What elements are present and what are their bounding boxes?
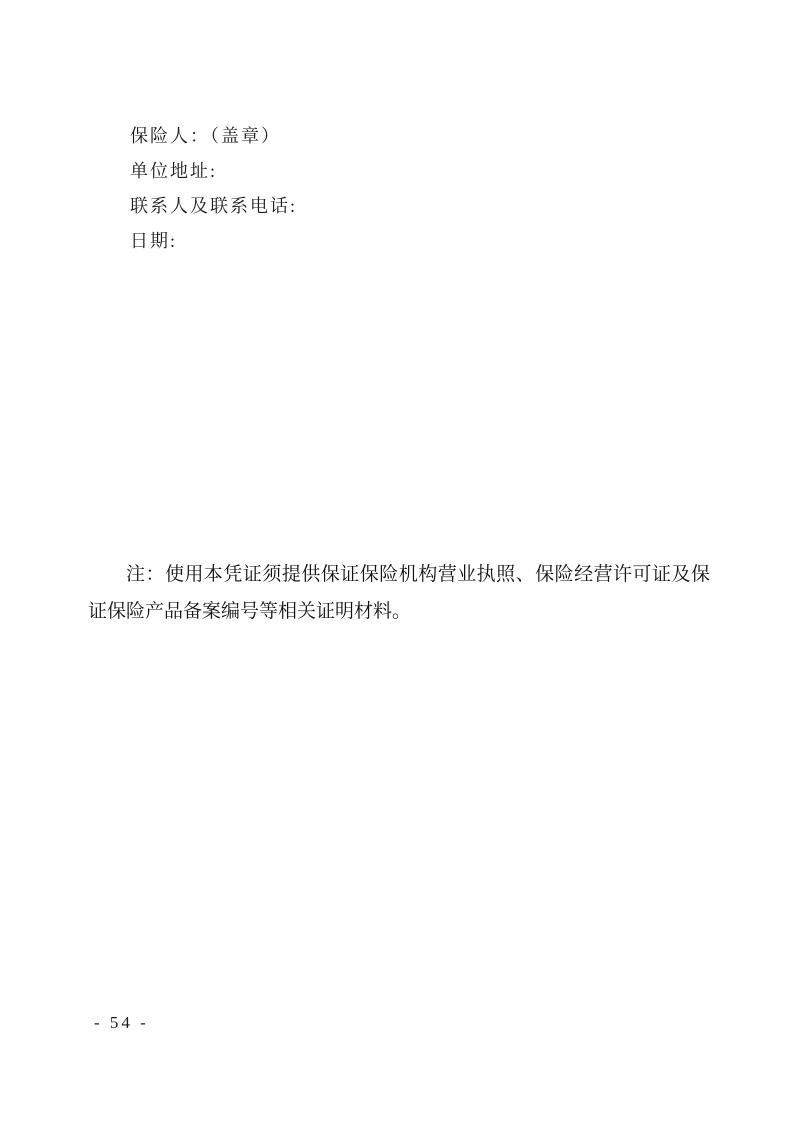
document-page: 保险人：（盖章） 单位地址: 联系人及联系电话: 日期: 注：使用本凭证须提供保… <box>0 0 793 1122</box>
unit-address-line: 单位地址: <box>130 154 297 189</box>
contact-and-phone-line: 联系人及联系电话: <box>130 189 297 224</box>
signature-block: 保险人：（盖章） 单位地址: 联系人及联系电话: 日期: <box>130 119 297 259</box>
date-line: 日期: <box>130 224 297 259</box>
page-number: - 54 - <box>94 1009 149 1037</box>
note-paragraph: 注：使用本凭证须提供保证保险机构营业执照、保险经营许可证及保证保险产品备案编号等… <box>88 556 710 630</box>
insurer-seal-line: 保险人：（盖章） <box>130 119 297 154</box>
